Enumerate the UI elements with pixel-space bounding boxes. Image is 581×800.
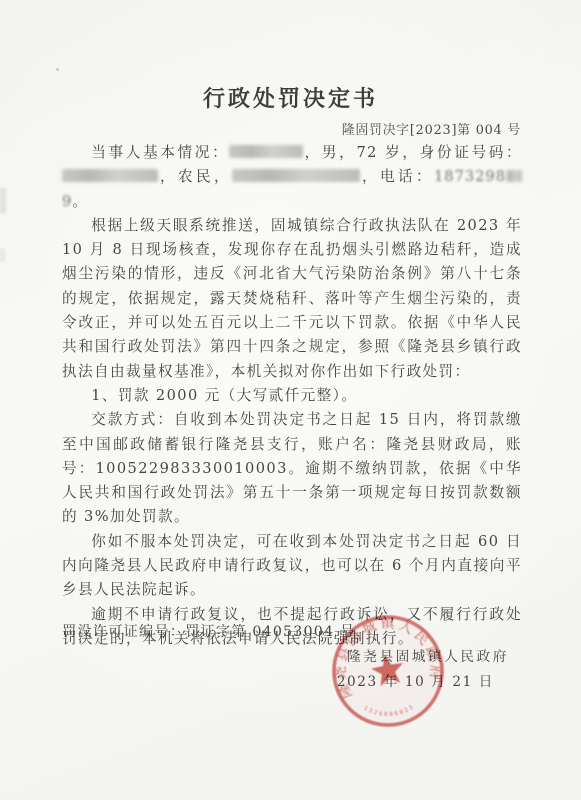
scan-artifact	[0, 248, 5, 262]
appeal-paragraph: 你如不服本处罚决定，可在收到本处罚决定书之日起 60 日内向隆尧县人民政府申请行…	[62, 530, 522, 603]
scan-artifact	[0, 188, 6, 214]
scanned-document-page: 行政处罚决定书 隆固罚决字[2023]第 004 号 当事人基本情况：，男，72…	[0, 0, 581, 800]
official-seal: 隆尧县固城镇人民政府 1326006023	[326, 609, 450, 733]
party-prefix: 当事人基本情况：	[91, 144, 229, 161]
document-title: 行政处罚决定书	[0, 82, 581, 113]
facts-paragraph: 根据上级天眼系统推送，固城镇综合行政执法队在 2023 年 10 月 8 日现场…	[62, 214, 522, 384]
issue-date: 2023 年 10 月 21 日	[62, 670, 522, 690]
redacted-phone-start: 1873298	[434, 168, 506, 185]
party-after-address: ，电话：	[360, 168, 434, 185]
payment-paragraph: 交款方式：自收到本处罚决定书之日起 15 日内，将罚款缴至中国邮政储蓄银行隆尧县…	[62, 408, 522, 529]
scan-artifact	[56, 68, 59, 71]
issuing-agency: 隆尧县固城镇人民政府	[62, 645, 522, 665]
redacted-phone-end: 9	[62, 193, 72, 210]
party-after-name: ，男，72 岁，身份证号码：	[303, 144, 522, 161]
document-number: 隆固罚决字[2023]第 004 号	[62, 119, 521, 138]
penalty-license-number: 罚没许可证编号：罚证字第 04053004 号	[62, 621, 522, 641]
penalty-item: 1、罚款 2000 元（大写贰仟元整）。	[62, 384, 522, 408]
redacted-id-number	[62, 169, 158, 182]
party-suffix: 。	[72, 193, 88, 210]
redacted-address	[232, 169, 360, 182]
redacted-phone-middle	[506, 170, 522, 182]
document-body: 当事人基本情况：，男，72 岁，身份证号码：，农民，，电话：18732989。 …	[62, 141, 522, 651]
party-info-paragraph: 当事人基本情况：，男，72 岁，身份证号码：，农民，，电话：18732989。	[62, 141, 522, 214]
signature-block: 罚没许可证编号：罚证字第 04053004 号 隆尧县固城镇人民政府 2023 …	[62, 621, 522, 690]
party-after-id: ，农民，	[158, 168, 232, 185]
redacted-name	[229, 145, 303, 158]
